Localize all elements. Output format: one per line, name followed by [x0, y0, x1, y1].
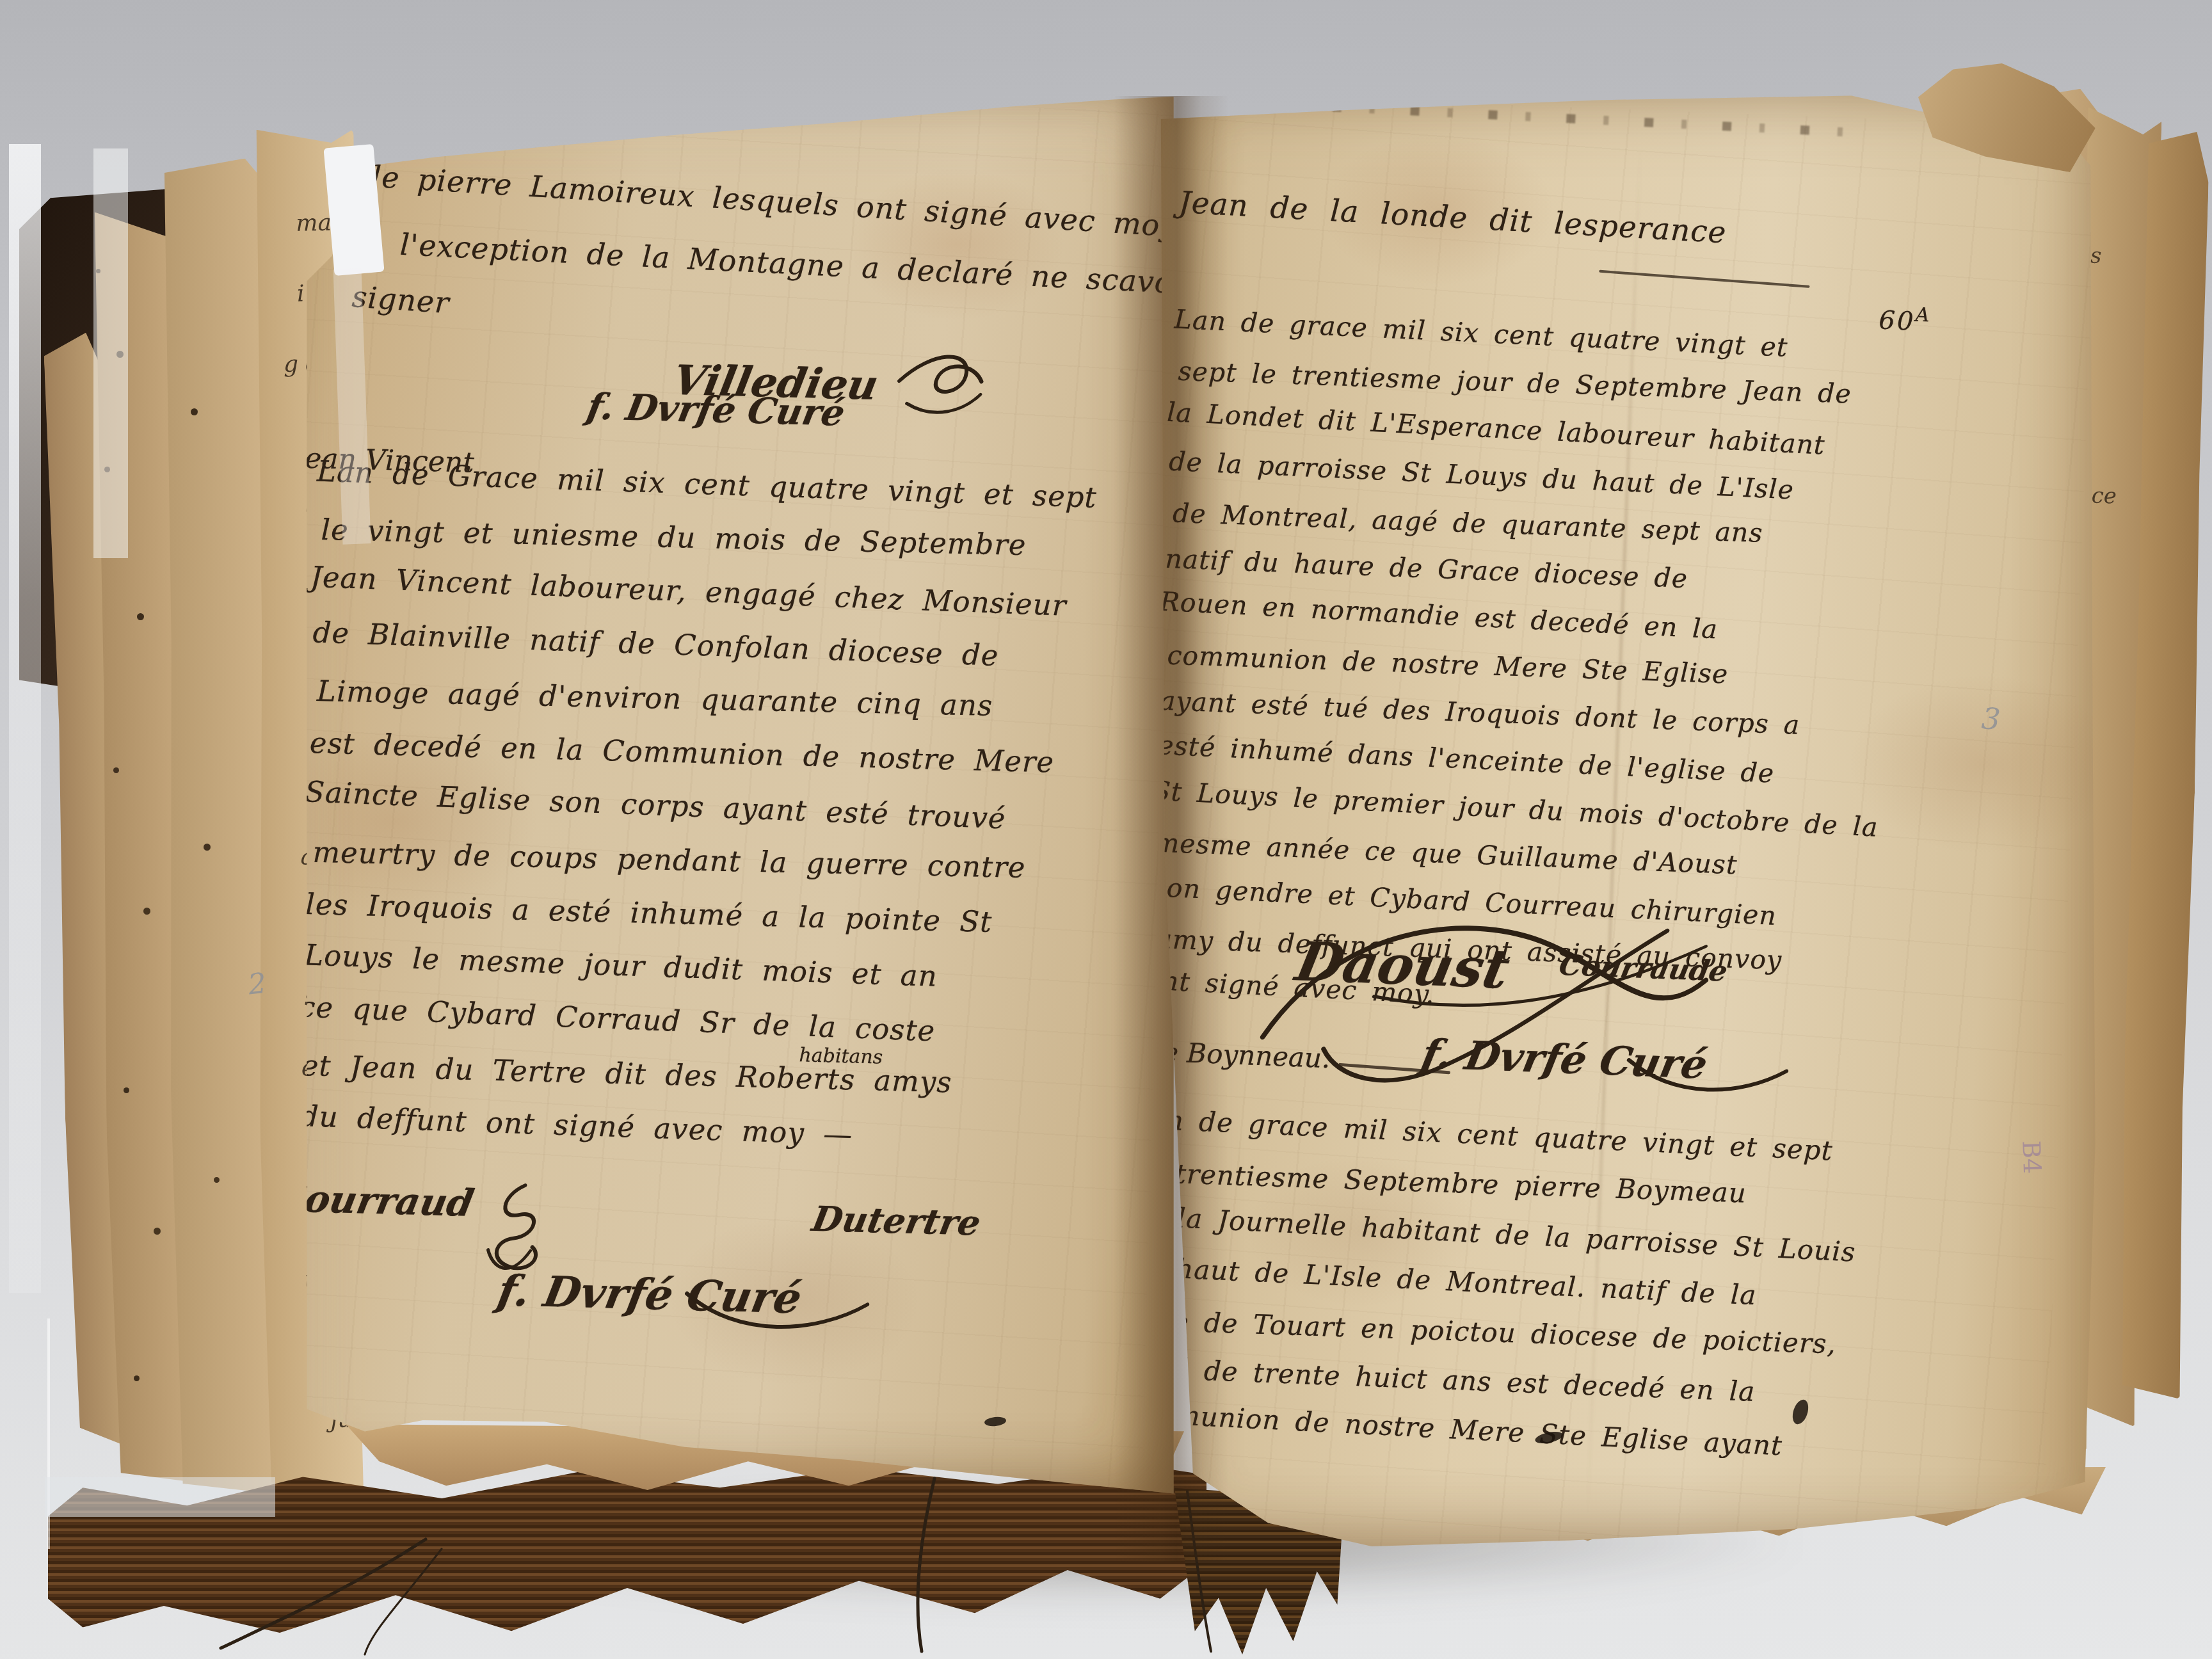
entry-heading: Jean de la londe dit lesperance	[1178, 185, 1727, 251]
acetate-frosted-band	[45, 1477, 275, 1517]
text-fragment: ma	[152, 210, 333, 284]
signature-flourish-icon	[886, 342, 996, 421]
signature-swash-icon	[674, 1285, 876, 1340]
signature-flourish-icon	[473, 1178, 561, 1276]
gutter-shadow	[1114, 96, 1229, 1562]
signature-courraude: Courraude	[1557, 949, 1731, 988]
pen-stroke	[1599, 270, 1809, 288]
signature-daoust: Daoust	[1291, 929, 1515, 1000]
trimmed-text-remnants	[1176, 95, 1867, 138]
signature-cure-lower: f. Dvrfé Curé	[491, 1265, 878, 1340]
folio-letter: A	[1915, 303, 1932, 326]
right-page-content: Jean de la londe dit lesperance 60A Lan …	[1102, 92, 2097, 1586]
signature-swash-icon	[1617, 1052, 1793, 1103]
left-page: de pierre Lamoireux lesquels ont signé a…	[269, 90, 1174, 1498]
white-sliver	[323, 144, 384, 276]
folio-number: 60A	[1879, 302, 1932, 337]
signature-dutertre: Dutertre	[809, 1198, 984, 1244]
plastic-strip	[9, 144, 41, 1293]
crayon-mark: B4	[2017, 1140, 2046, 1174]
folio-digits: 60	[1879, 306, 1916, 337]
left-entry-text: Lan de Grace mil six cent quatre vingt e…	[299, 457, 1097, 1176]
right-entry1-text: Lan de grace mil six cent quatre vingt e…	[1148, 307, 1901, 1045]
signature-courraud: Courraud	[263, 1173, 561, 1276]
pencil-mark-left: 2	[246, 967, 268, 1002]
signature-text: Daoust	[1291, 929, 1515, 1000]
signature-cure-upper: f. Dvrfé Curé	[584, 385, 848, 434]
right-page: Jean de la londe dit lesperance 60A Lan …	[1155, 93, 2096, 1552]
interline-insertion: habitans	[799, 1044, 883, 1068]
photo-open-parish-register: treurdonfemmesle Mestio—notainaucoirdonn…	[0, 0, 2212, 1659]
plastic-strip	[93, 148, 128, 558]
left-page-content: de pierre Lamoireux lesquels ont signé a…	[236, 88, 1178, 1519]
pencil-mark-right: 3	[1980, 701, 2001, 737]
right-entry2-text: Lan de grace mil six cent quatre vingt e…	[1118, 1105, 1864, 1479]
text-fragment: i le	[154, 280, 334, 354]
